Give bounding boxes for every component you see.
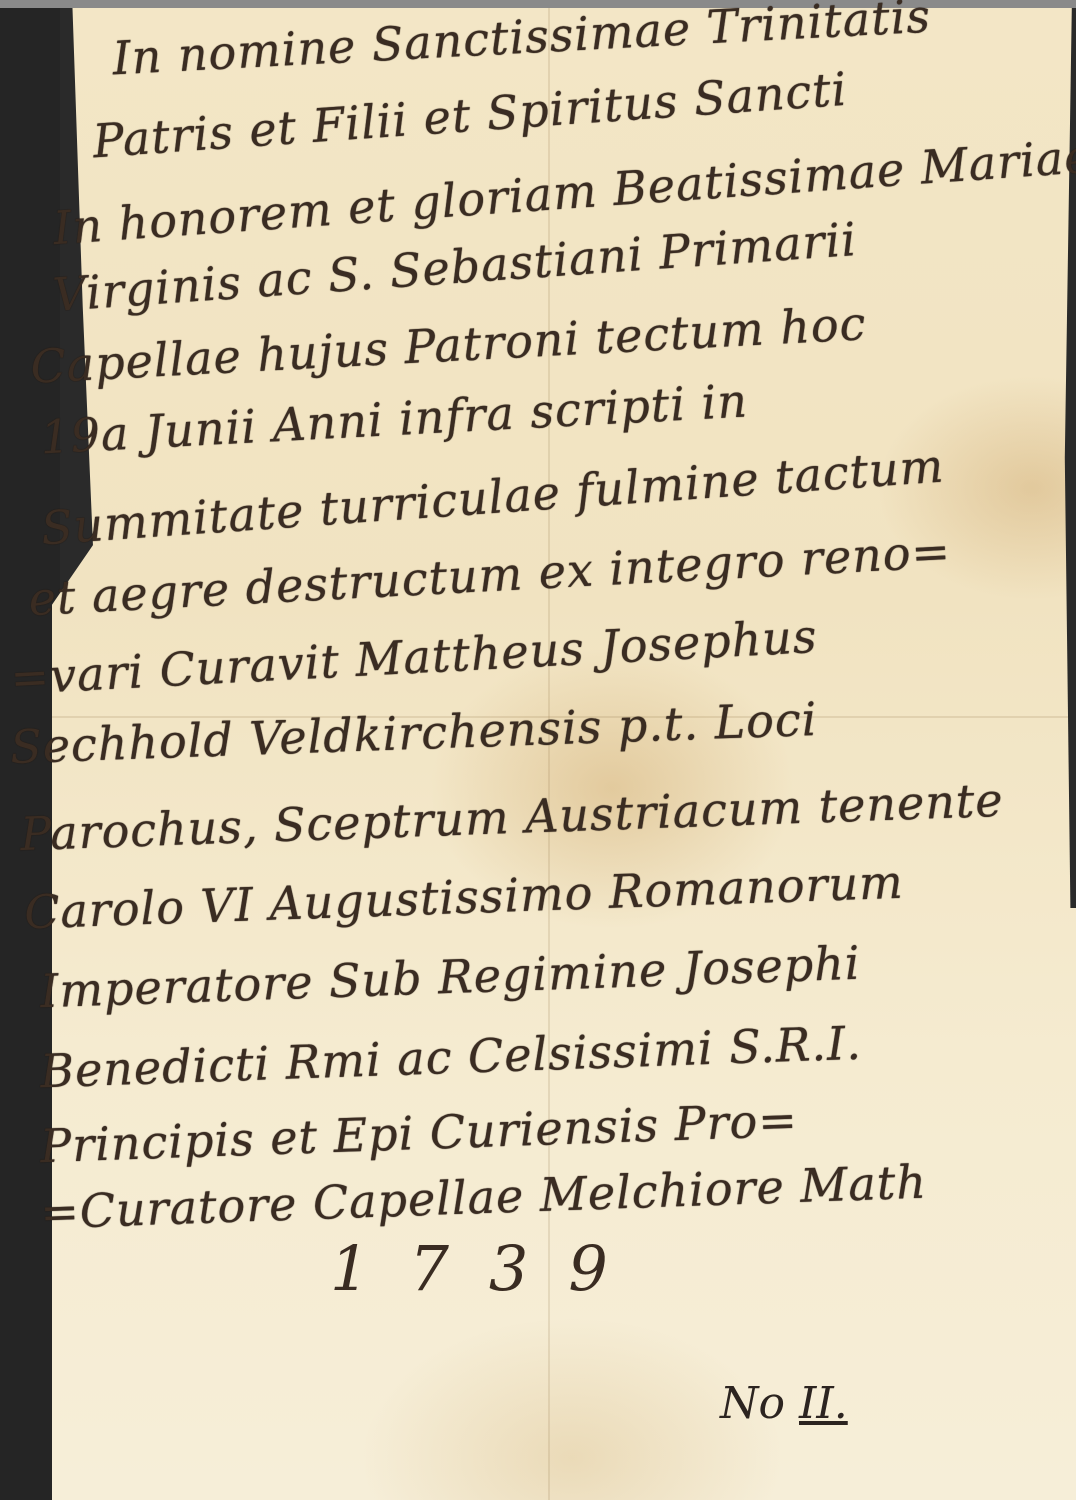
number-label: No [720,1378,785,1429]
manuscript-year: 1739 [330,1232,648,1305]
number-value: II. [799,1378,848,1429]
document-number: No II. [720,1378,848,1429]
